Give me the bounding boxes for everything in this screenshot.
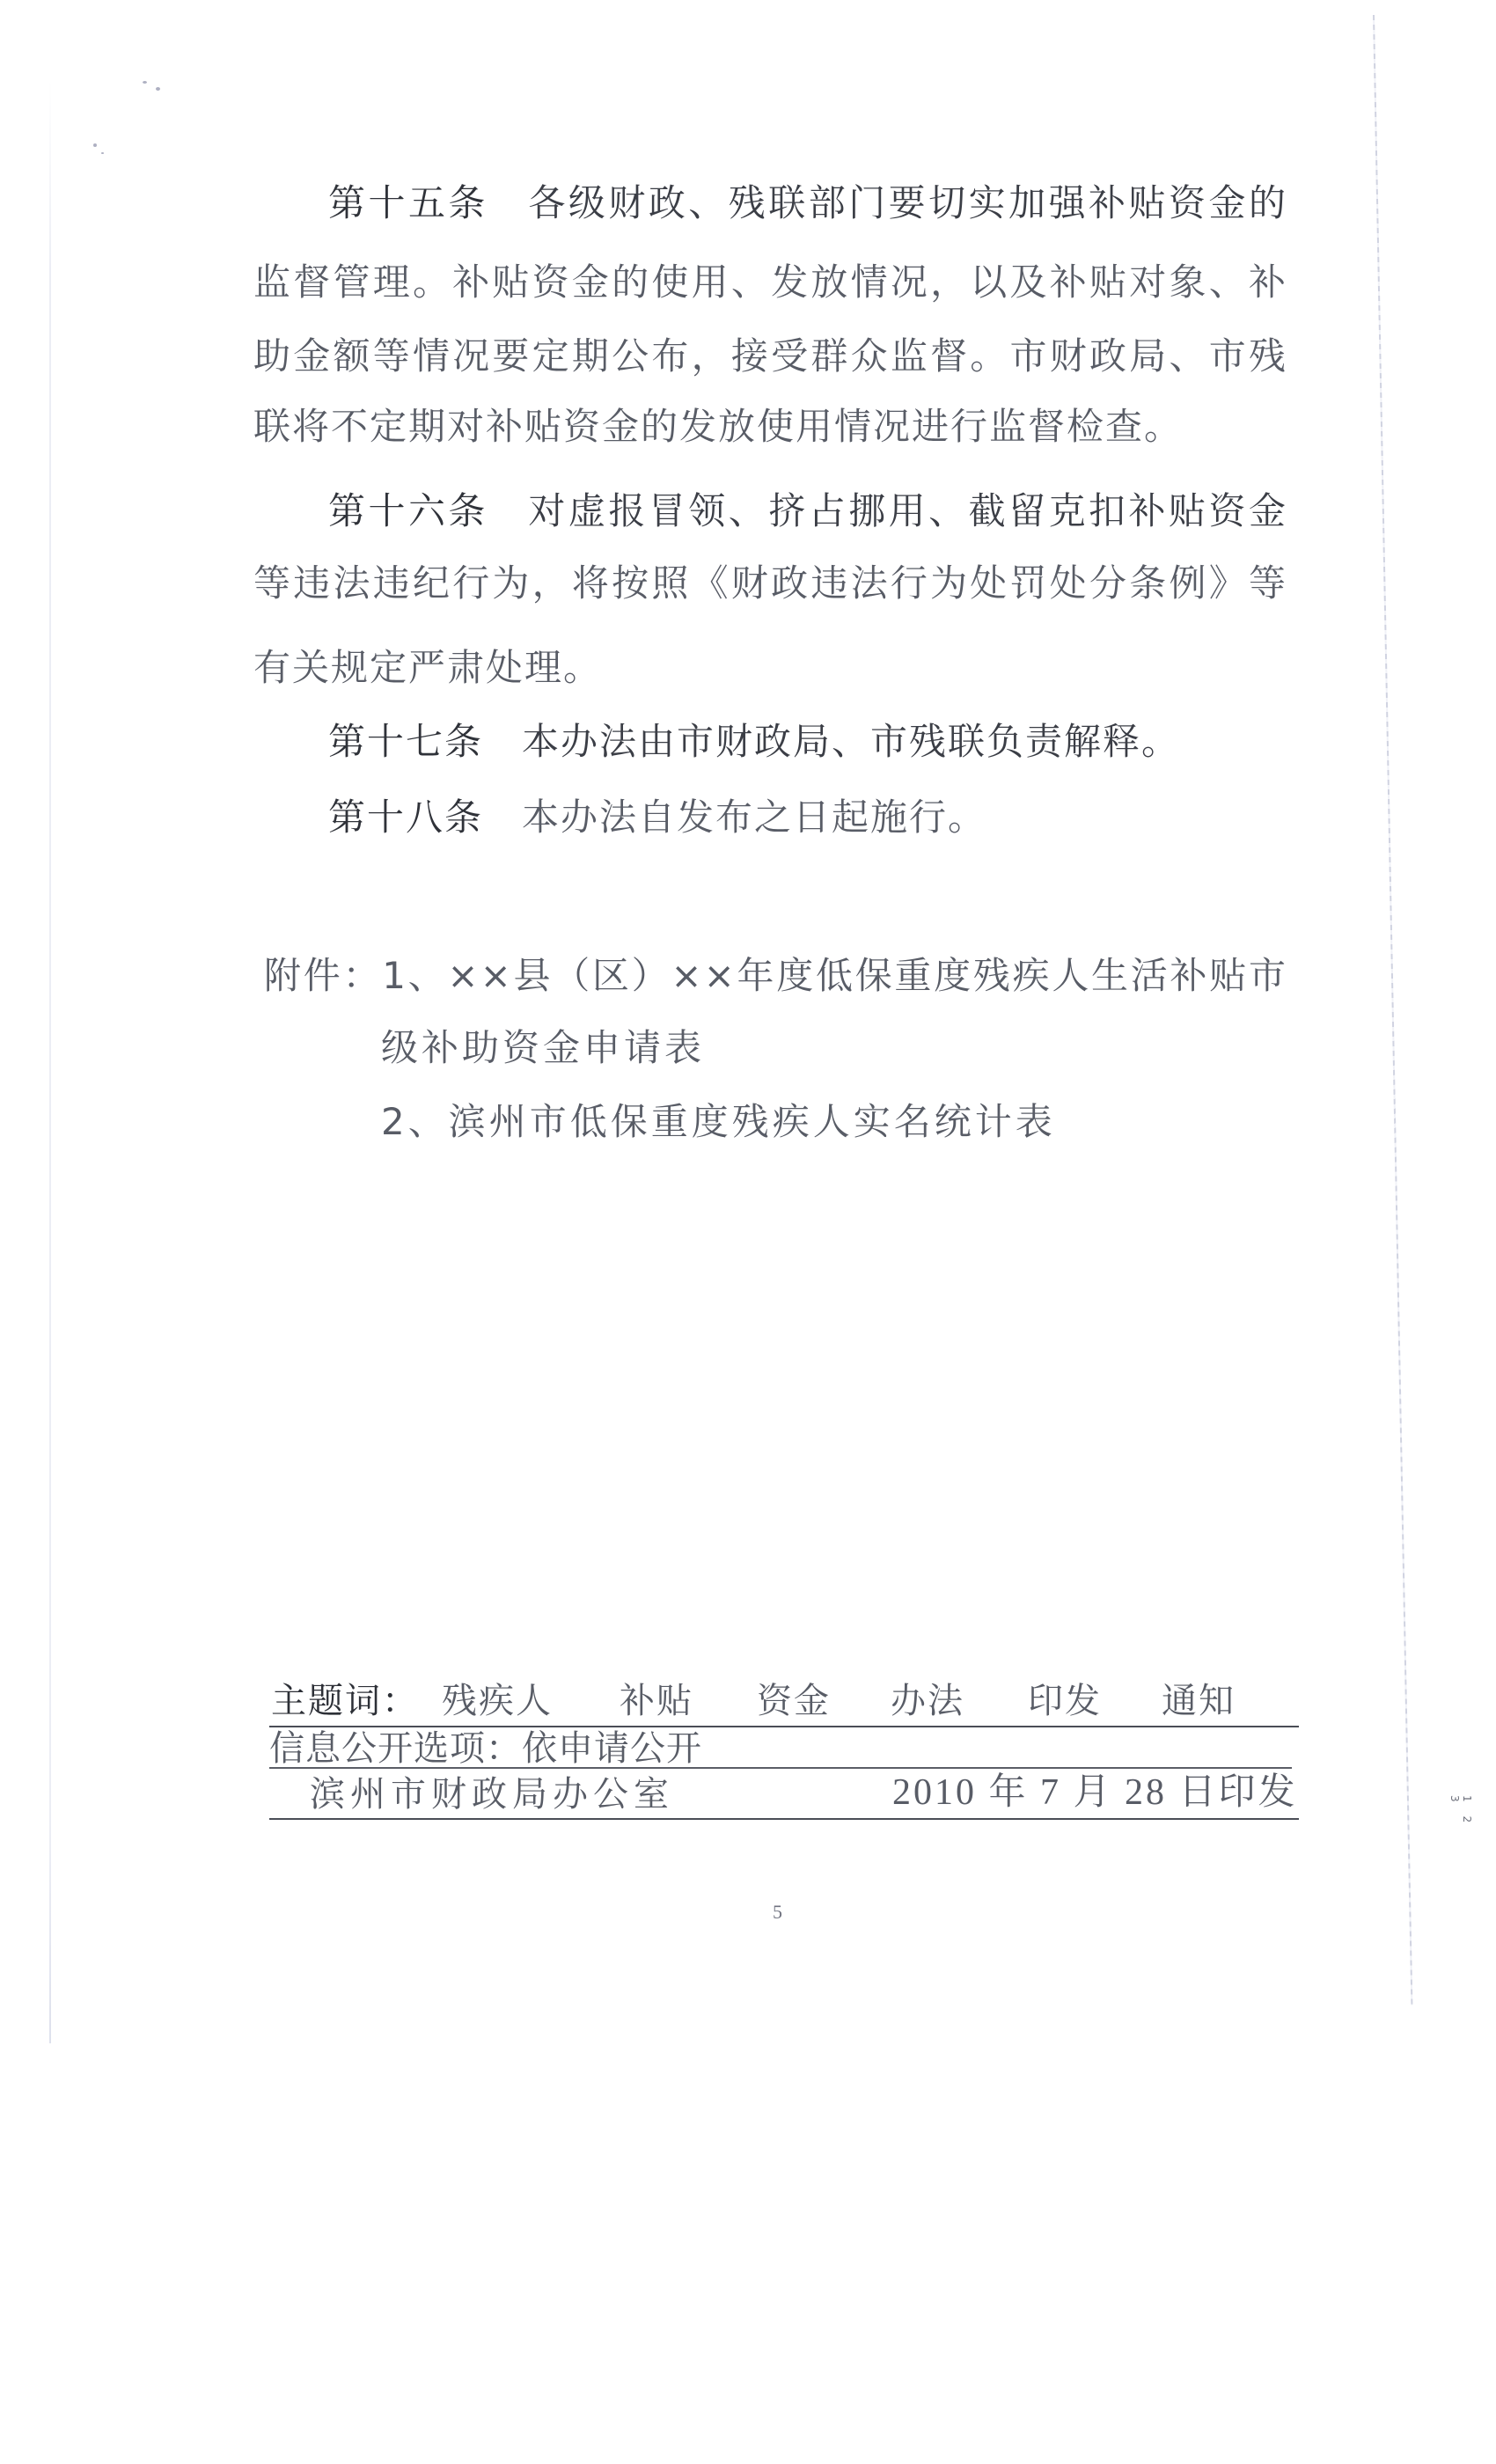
article-17-heading: 第十七条 [328,720,483,763]
article-15-line-1: 第十五条 各级财政、残联部门要切实加强补贴资金的 [328,183,1287,224]
scan-edge-left [49,79,51,2043]
footer-rule-bottom [269,1818,1299,1820]
scan-edge-right [1373,15,1412,2006]
article-18-heading: 第十八条 [328,796,483,839]
article-15-line-2: 监督管理。补贴资金的使用、发放情况，以及补贴对象、补 [253,262,1287,303]
page-number: 5 [773,1901,782,1924]
keyword-2: 补贴 [620,1681,693,1721]
attachment-1-line-1: 附件：1、××县（区）××年度低保重度残疾人生活补贴市 [264,956,1287,996]
attachment-2-line-1: 2、滨州市低保重度残疾人实名统计表 [381,1102,1056,1142]
article-16-line-1: 第十六条 对虚报冒领、挤占挪用、截留克扣补贴资金 [328,491,1287,532]
disclosure-option: 信息公开选项：依申请公开 [269,1728,702,1769]
keywords-label: 主题词： [271,1681,419,1721]
attachment-1-number: 1、 [382,956,447,996]
article-15-line-3: 助金额等情况要定期公布，接受群众监督。市财政局、市残 [253,336,1287,377]
article-16-line-2: 等违法违纪行为，将按照《财政违法行为处罚处分条例》等 [253,563,1287,604]
footer-rule-top [269,1726,1299,1727]
attachments-label: 附件： [264,956,382,996]
keyword-3: 资金 [757,1681,831,1721]
article-16-line-3: 有关规定严肃处理。 [253,648,602,688]
article-15-heading: 第十五条 [328,183,488,224]
scan-speck [101,152,104,154]
attachment-1-title: ××县（区）××年度低保重度残疾人生活补贴市 [447,956,1287,996]
attachment-1-line-2: 级补助资金申请表 [381,1028,705,1068]
article-17-text: 本办法由市财政局、市残联负责解释。 [522,720,1180,763]
footer-rule-middle [269,1767,1292,1769]
margin-mark: 1 2 3 [1461,1795,1473,1848]
article-16-text: 对虚报冒领、挤占挪用、截留克扣补贴资金 [528,491,1287,532]
keyword-4: 办法 [891,1681,964,1721]
article-15-text: 各级财政、残联部门要切实加强补贴资金的 [528,183,1287,224]
article-15-line-4: 联将不定期对补贴资金的发放使用情况进行监督检查。 [253,407,1183,447]
scan-speck [156,87,160,91]
article-18-text: 本办法自发布之日起施行。 [522,796,986,839]
keyword-6: 通知 [1162,1681,1236,1721]
keyword-1: 残疾人 [442,1681,553,1721]
scan-speck [143,81,147,84]
attachment-2-number: 2、 [381,1100,449,1143]
keyword-5: 印发 [1028,1681,1102,1721]
article-17-line-1: 第十七条 本办法由市财政局、市残联负责解释。 [328,722,1180,762]
article-18-line-1: 第十八条 本办法自发布之日起施行。 [328,797,986,838]
scan-speck [93,143,97,147]
attachment-2-title: 滨州市低保重度残疾人实名统计表 [449,1100,1056,1143]
issuer: 滨州市财政局办公室 [310,1774,674,1815]
article-16-heading: 第十六条 [328,491,488,532]
issue-date: 2010 年 7 月 28 日印发 [892,1772,1298,1813]
